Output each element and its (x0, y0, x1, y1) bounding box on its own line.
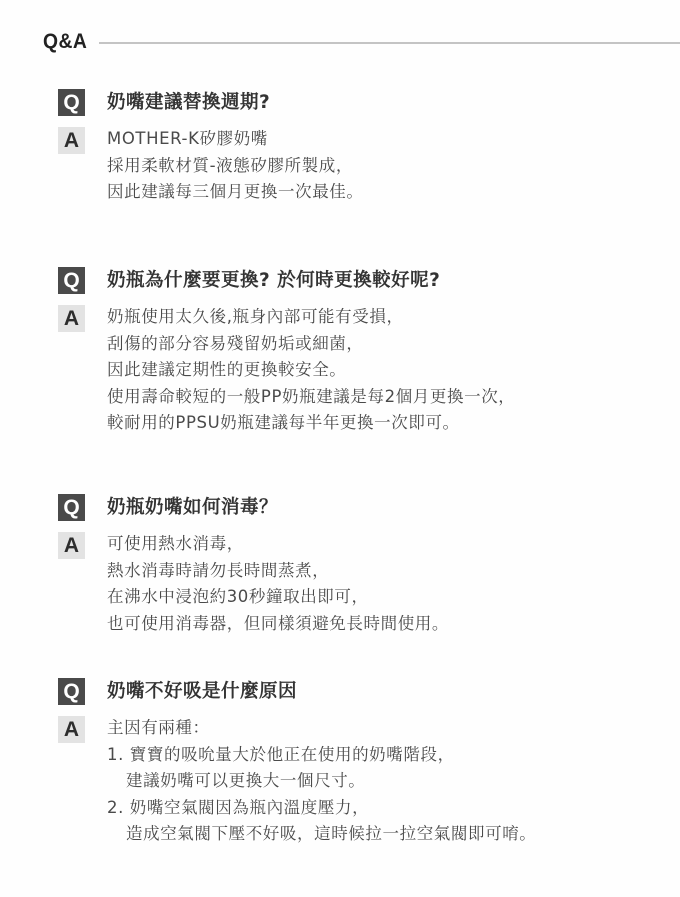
question-row: Q 奶嘴建議替換週期? (58, 89, 678, 116)
answer-line: 也可使用消毒器，但同樣須避免長時間使用。 (107, 611, 449, 638)
question-badge-icon: Q (58, 494, 85, 521)
answer-line: 因此建議定期性的更換較安全。 (107, 357, 515, 384)
answer-line: MOTHER-K矽膠奶嘴 (107, 126, 364, 153)
answer-row: A 主因有兩種： 1. 寶寶的吸吮量大於他正在使用的奶嘴階段， 建議奶嘴可以更換… (58, 716, 678, 848)
header-divider (99, 42, 680, 44)
answer-row: A 可使用熱水消毒， 熱水消毒時請勿長時間蒸煮， 在沸水中浸泡約30秒鐘取出即可… (58, 532, 678, 637)
answer-line: 主因有兩種： (107, 715, 536, 742)
answer-line: 使用壽命較短的一般PP奶瓶建議是每2個月更換一次， (107, 384, 515, 411)
answer-badge-icon: A (58, 305, 85, 332)
answer-line: 在沸水中浸泡約30秒鐘取出即可， (107, 584, 449, 611)
answer-line: 造成空氣閥下壓不好吸，這時候拉一拉空氣閥即可唷。 (107, 821, 536, 848)
answer-row: A MOTHER-K矽膠奶嘴 採用柔軟材質-液態矽膠所製成， 因此建議每三個月更… (58, 127, 678, 206)
qa-header: Q&A (43, 26, 680, 58)
question-text: 奶瓶奶嘴如何消毒？ (107, 494, 278, 521)
answer-line: 2. 奶嘴空氣閥因為瓶內溫度壓力， (107, 795, 536, 822)
answer-line: 奶瓶使用太久後,瓶身內部可能有受損， (107, 304, 515, 331)
question-badge-icon: Q (58, 267, 85, 294)
answer-text: 可使用熱水消毒， 熱水消毒時請勿長時間蒸煮， 在沸水中浸泡約30秒鐘取出即可， … (107, 531, 449, 637)
answer-line: 熱水消毒時請勿長時間蒸煮， (107, 558, 449, 585)
qa-item-1: Q 奶嘴建議替換週期? A MOTHER-K矽膠奶嘴 採用柔軟材質-液態矽膠所製… (58, 89, 678, 206)
qa-item-2: Q 奶瓶為什麼要更換? 於何時更換較好呢? A 奶瓶使用太久後,瓶身內部可能有受… (58, 267, 678, 437)
answer-badge-icon: A (58, 127, 85, 154)
question-row: Q 奶瓶奶嘴如何消毒？ (58, 494, 678, 521)
answer-line: 可使用熱水消毒， (107, 531, 449, 558)
answer-line: 1. 寶寶的吸吮量大於他正在使用的奶嘴階段， (107, 742, 536, 769)
answer-line: 採用柔軟材質-液態矽膠所製成， (107, 153, 364, 180)
question-badge-icon: Q (58, 89, 85, 116)
answer-line: 較耐用的PPSU奶瓶建議每半年更換一次即可。 (107, 410, 515, 437)
answer-line: 刮傷的部分容易殘留奶垢或細菌， (107, 331, 515, 358)
question-badge-icon: Q (58, 678, 85, 705)
question-row: Q 奶嘴不好吸是什麼原因 (58, 678, 678, 705)
question-text: 奶嘴不好吸是什麼原因 (107, 678, 297, 705)
question-text: 奶嘴建議替換週期? (107, 89, 270, 116)
answer-text: 奶瓶使用太久後,瓶身內部可能有受損， 刮傷的部分容易殘留奶垢或細菌， 因此建議定… (107, 304, 515, 437)
qa-item-4: Q 奶嘴不好吸是什麼原因 A 主因有兩種： 1. 寶寶的吸吮量大於他正在使用的奶… (58, 678, 678, 848)
answer-row: A 奶瓶使用太久後,瓶身內部可能有受損， 刮傷的部分容易殘留奶垢或細菌， 因此建… (58, 305, 678, 437)
question-text: 奶瓶為什麼要更換? 於何時更換較好呢? (107, 267, 440, 294)
answer-badge-icon: A (58, 716, 85, 743)
answer-text: 主因有兩種： 1. 寶寶的吸吮量大於他正在使用的奶嘴階段， 建議奶嘴可以更換大一… (107, 715, 536, 848)
question-row: Q 奶瓶為什麼要更換? 於何時更換較好呢? (58, 267, 678, 294)
answer-badge-icon: A (58, 532, 85, 559)
qa-item-3: Q 奶瓶奶嘴如何消毒？ A 可使用熱水消毒， 熱水消毒時請勿長時間蒸煮， 在沸水… (58, 494, 678, 637)
answer-line: 建議奶嘴可以更換大一個尺寸。 (107, 768, 536, 795)
answer-text: MOTHER-K矽膠奶嘴 採用柔軟材質-液態矽膠所製成， 因此建議每三個月更換一… (107, 126, 364, 206)
answer-line: 因此建議每三個月更換一次最佳。 (107, 179, 364, 206)
page-title: Q&A (43, 30, 91, 54)
